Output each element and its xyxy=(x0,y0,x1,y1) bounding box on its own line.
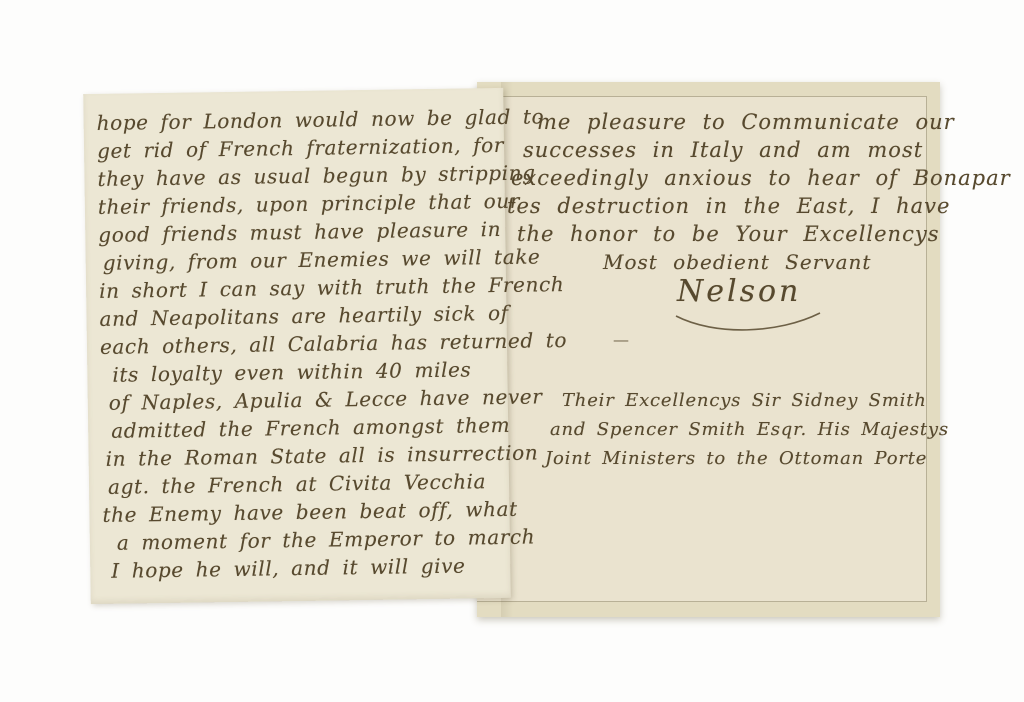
address-block: Their Excellencys Sir Sidney Smith and S… xyxy=(545,386,949,473)
signature-nelson: Nelson xyxy=(677,274,801,309)
letter-line: tes destruction in the East, I have xyxy=(507,192,1011,220)
letter-line: exceedingly anxious to hear of Bonapar xyxy=(511,164,1011,192)
left-page-body: hope for London would now be glad to get… xyxy=(96,102,573,585)
address-line: Their Excellencys Sir Sidney Smith xyxy=(562,386,949,415)
letter-page-left: hope for London would now be glad to get… xyxy=(83,88,511,604)
photo-background: me pleasure to Communicate our successes… xyxy=(0,0,1024,702)
separator-dash: — xyxy=(613,330,629,349)
address-line: and Spencer Smith Esqr. His Majestys xyxy=(550,415,949,444)
letter-line: the honor to be Your Excellencys xyxy=(517,220,1011,248)
address-line: Joint Ministers to the Ottoman Porte xyxy=(545,444,949,473)
signature-flourish xyxy=(670,310,830,338)
letter-line: successes in Italy and am most xyxy=(523,136,1011,164)
right-page-body: me pleasure to Communicate our successes… xyxy=(507,108,1011,276)
letter-line: I hope he will, and it will give xyxy=(111,550,573,585)
letter-line: me pleasure to Communicate our xyxy=(537,108,1011,136)
valediction-line: Most obedient Servant xyxy=(603,248,1011,276)
